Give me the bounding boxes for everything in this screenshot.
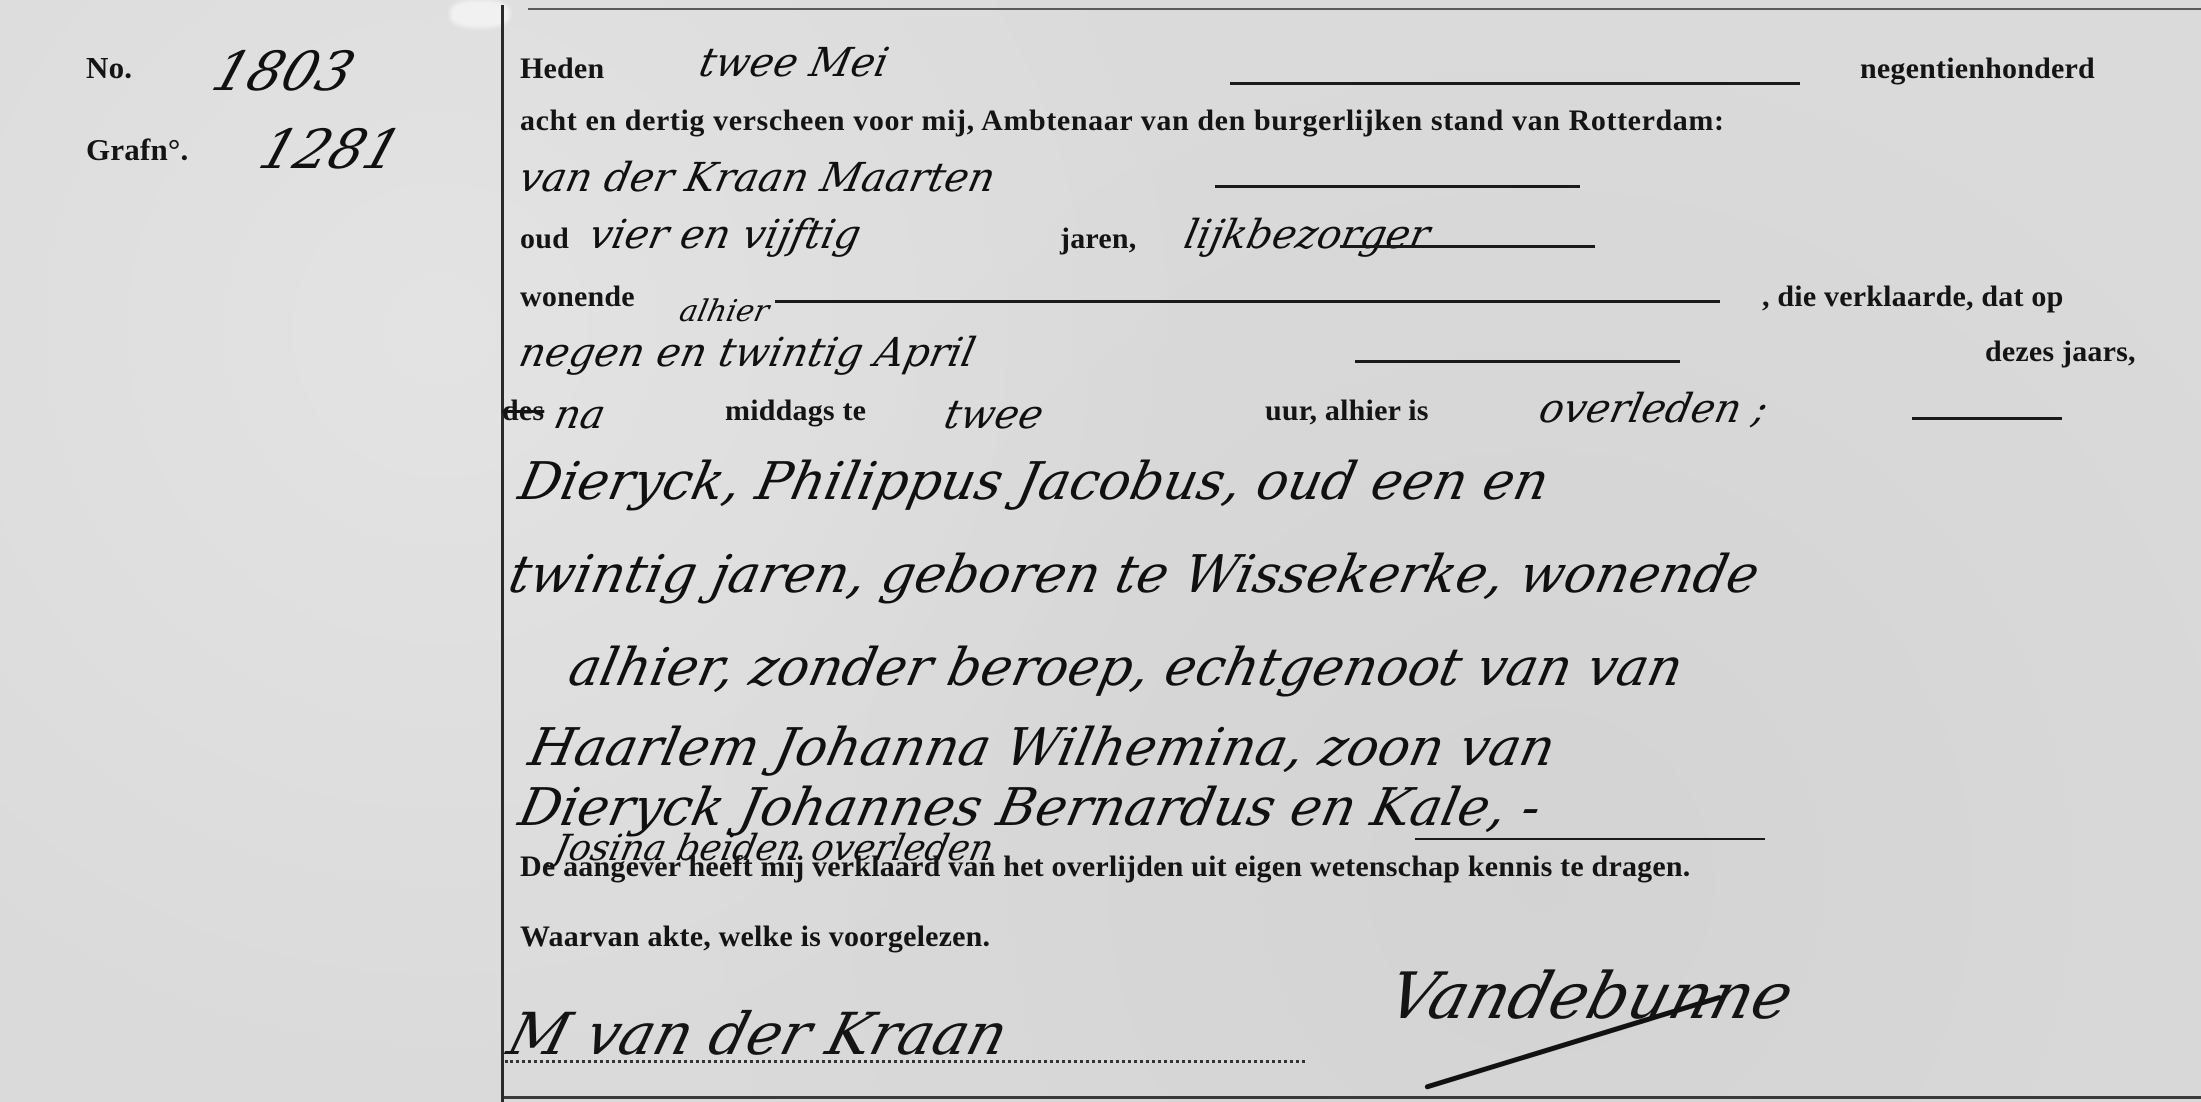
grave-number: 1281 [252, 118, 410, 181]
fill-line [1340, 245, 1595, 248]
dezes-jaars-label: dezes jaars, [1985, 335, 2136, 369]
top-rule [528, 8, 2201, 10]
signature-line [505, 1060, 1305, 1063]
form-line-2: acht en dertig verscheen voor mij, Ambte… [520, 104, 1725, 138]
uur-alhier-is-label: uur, alhier is [1265, 394, 1429, 428]
time-prefix: na [550, 392, 609, 438]
jaren-label: jaren, [1060, 222, 1136, 256]
time-hour: twee [940, 392, 1047, 438]
waarvan-akte-label: Waarvan akte, welke is voorgelezen. [520, 920, 990, 954]
aangever-statement: De aangever heeft mij verklaard van het … [520, 850, 1690, 884]
middags-te-label: middags te [725, 394, 866, 428]
deceased-line-3: alhier, zonder beroep, echtgenoot van va… [564, 638, 1689, 698]
fill-line [1215, 185, 1580, 188]
certificate-number: 1803 [205, 40, 363, 103]
fill-line [1912, 417, 2062, 420]
declarant-signature: M van der Kraan [501, 1000, 1015, 1068]
heden-label: Heden [520, 52, 604, 86]
declarant-name: van der Kraan Maarten [515, 155, 999, 201]
fill-line [1415, 838, 1765, 840]
certificate-page: ​ No. 1803 Grafn°. 1281 Heden twee Mei n… [0, 0, 2201, 1102]
official-signature: Vandebunne [1380, 960, 1801, 1034]
wonende-label: wonende [520, 280, 635, 314]
negentienhonderd-label: negentienhonderd [1860, 52, 2095, 86]
deceased-line-4: Haarlem Johanna Wilhemina, zoon van [524, 718, 1561, 778]
fill-line [1230, 82, 1800, 85]
event: overleden ; [1535, 386, 1772, 432]
declarant-occupation: lijkbezorger [1180, 212, 1434, 258]
number-label: No. [86, 50, 132, 86]
bottom-rule [504, 1096, 2201, 1099]
declarant-age: vier en vijftig [585, 212, 865, 258]
margin-divider [501, 5, 504, 1102]
deceased-line-1: Dieryck, Philippus Jacobus, oud een en [514, 452, 1555, 512]
des-label: des [502, 394, 544, 428]
die-verklaarde-label: , die verklaarde, dat op [1762, 280, 2063, 314]
fill-line [775, 300, 1720, 303]
oud-label: oud [520, 222, 569, 256]
deceased-line-2: twintig jaren, geboren te Wissekerke, wo… [504, 545, 1765, 605]
fill-line [1355, 360, 1680, 363]
death-date: negen en twintig April [515, 330, 979, 376]
grave-number-label: Grafn°. [86, 132, 188, 168]
declarant-residence: alhier [676, 294, 772, 329]
date-day-month: twee Mei [695, 40, 893, 86]
